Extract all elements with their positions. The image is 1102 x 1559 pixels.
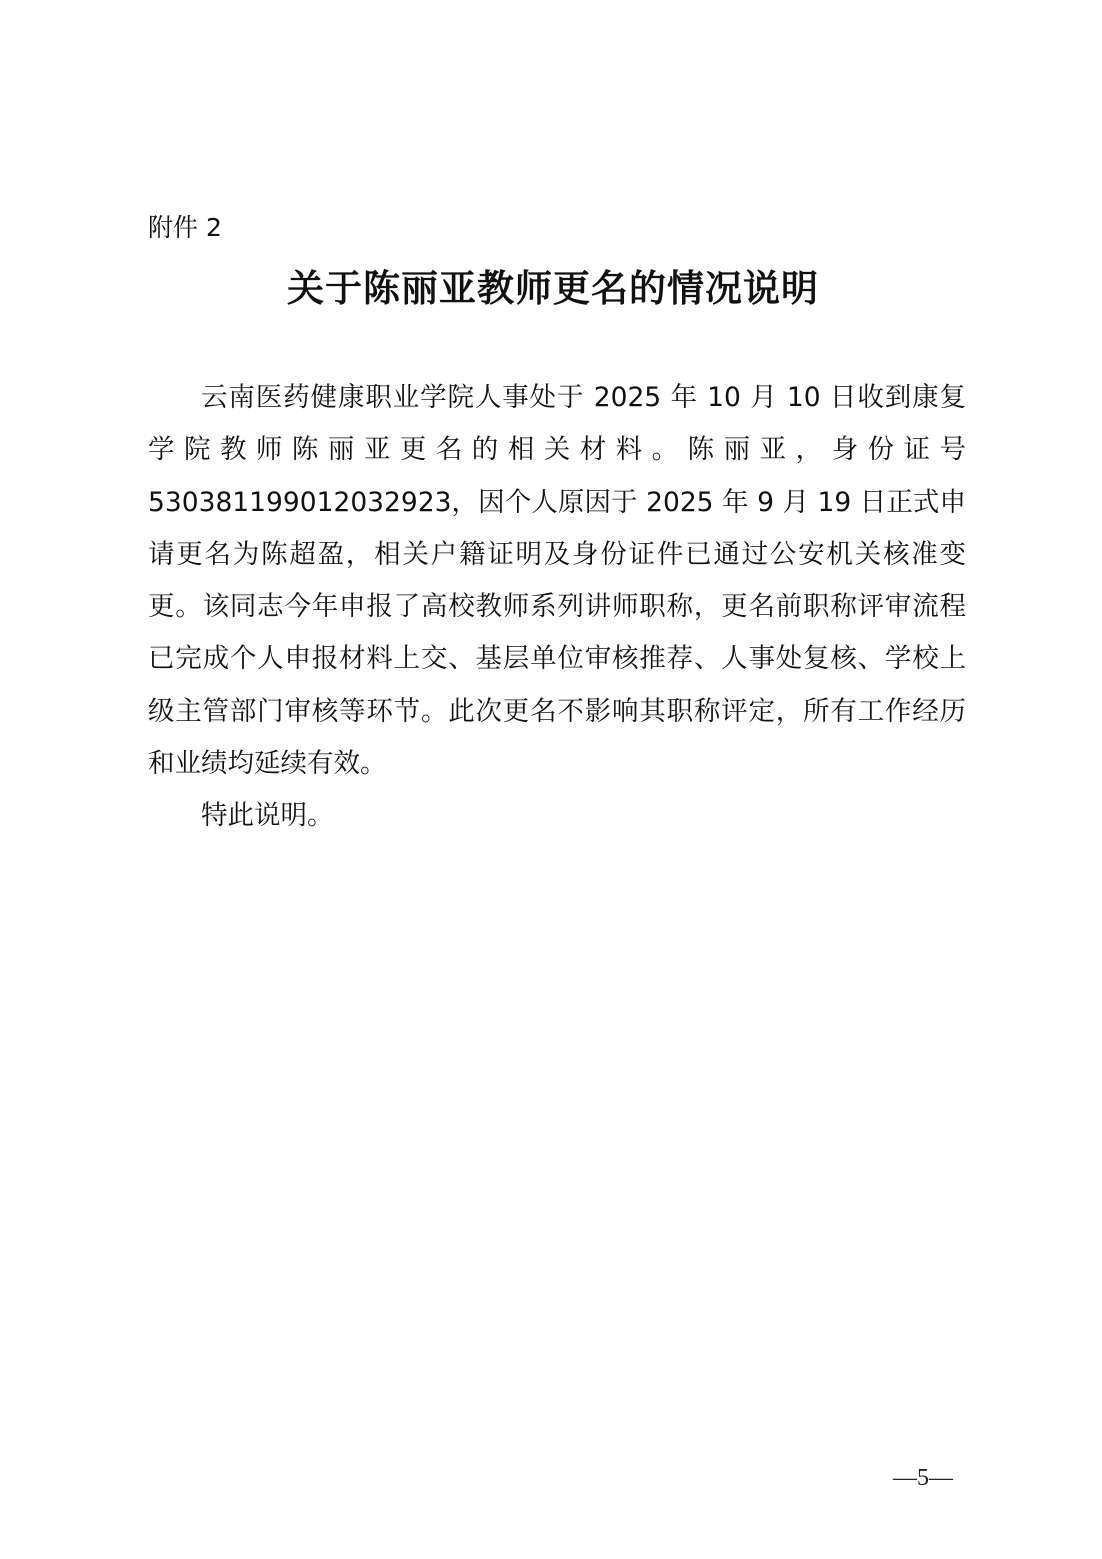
body-paragraph-main: 云南医药健康职业学院人事处于 2025 年 10 月 10 日收到康复学院教师陈… bbox=[148, 372, 966, 790]
document-title: 关于陈丽亚教师更名的情况说明 bbox=[0, 262, 1102, 314]
page-number: —5— bbox=[893, 1463, 953, 1493]
document-page: 附件 2 关于陈丽亚教师更名的情况说明 云南医药健康职业学院人事处于 2025 … bbox=[0, 0, 1102, 1559]
body-paragraph-closing: 特此说明。 bbox=[148, 790, 966, 842]
attachment-label: 附件 2 bbox=[148, 211, 222, 245]
document-body: 云南医药健康职业学院人事处于 2025 年 10 月 10 日收到康复学院教师陈… bbox=[148, 372, 966, 843]
